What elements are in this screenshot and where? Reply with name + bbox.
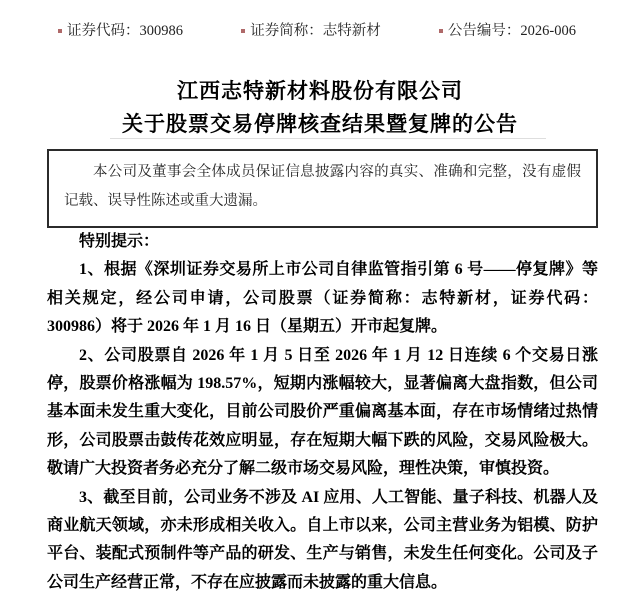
announcement-number-value: 2026-006: [520, 21, 576, 41]
security-code-field: 证券代码：300986: [58, 21, 183, 41]
security-name-value: 志特新材: [323, 21, 381, 41]
red-marker-icon: [439, 29, 443, 33]
red-marker-icon: [58, 29, 62, 33]
announcement-subject-title: 关于股票交易停牌核查结果暨复牌的公告: [0, 108, 640, 141]
security-code-value: 300986: [140, 21, 184, 41]
body-paragraph-2: 2、公司股票自 2026 年 1 月 5 日至 2026 年 1 月 12 日连…: [47, 342, 598, 484]
security-code-label: 证券代码：: [67, 21, 140, 41]
title-separator-line: [110, 138, 546, 139]
security-name-field: 证券简称：志特新材: [241, 21, 381, 41]
special-note-heading: 特别提示：: [47, 228, 598, 256]
security-name-label: 证券简称：: [250, 21, 323, 41]
declaration-text: 本公司及董事会全体成员保证信息披露内容的真实、准确和完整，没有虚假记载、误导性陈…: [64, 158, 581, 216]
announcement-body: 特别提示： 1、根据《深圳证券交易所上市公司自律监管指引第 6 号——停复牌》等…: [47, 228, 598, 597]
announcement-document: 证券代码：300986 证券简称：志特新材 公告编号：2026-006 江西志特…: [0, 0, 640, 601]
announcement-number-label: 公告编号：: [448, 21, 521, 41]
body-paragraph-1: 1、根据《深圳证券交易所上市公司自律监管指引第 6 号——停复牌》等相关规定，经…: [47, 256, 598, 341]
announcement-number-field: 公告编号：2026-006: [439, 21, 576, 41]
securities-header-row: 证券代码：300986 证券简称：志特新材 公告编号：2026-006: [58, 21, 576, 41]
title-block: 江西志特新材料股份有限公司 关于股票交易停牌核查结果暨复牌的公告: [0, 75, 640, 141]
company-name-title: 江西志特新材料股份有限公司: [0, 75, 640, 108]
red-marker-icon: [241, 29, 245, 33]
declaration-box: 本公司及董事会全体成员保证信息披露内容的真实、准确和完整，没有虚假记载、误导性陈…: [47, 149, 598, 228]
body-paragraph-3: 3、截至目前，公司业务不涉及 AI 应用、人工智能、量子科技、机器人及商业航天领…: [47, 484, 598, 598]
